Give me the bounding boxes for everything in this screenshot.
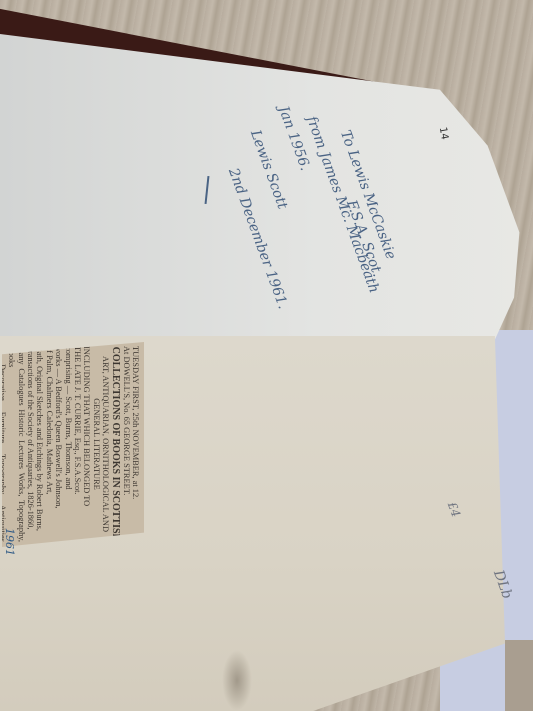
clipping-body-line: comprising — Scott, Burns, Thomson, and bbox=[63, 346, 72, 542]
clipping-body-line: works — A Bedford's Queen Boswell's John… bbox=[54, 346, 63, 542]
clipping-body-line: INCLUDING THAT WHICH BELONGED TO bbox=[82, 346, 91, 542]
clipping-subheader: At DOWELL'S, No. 65 GEORGE STREET. bbox=[121, 346, 130, 542]
clipping-body-line: of Palm, Chalmers Caledonia, Mathews Art… bbox=[44, 346, 53, 542]
page-number: 14 bbox=[437, 126, 450, 140]
clipping-body-line: many Catalogues Historic Lectures Works,… bbox=[7, 346, 26, 542]
clipping-title-2: ART, ANTIQUARIAN, ORNITHOLOGICAL AND GEN… bbox=[91, 346, 110, 542]
clipping-handwritten-year: 1961 bbox=[3, 528, 16, 556]
clipping-title: COLLECTIONS OF BOOKS IN SCOTTISH bbox=[110, 346, 121, 542]
page-stain bbox=[222, 650, 252, 711]
clipping-header: TUESDAY FIRST, 25th NOVEMBER, at 12. bbox=[131, 346, 140, 542]
clipping-body-line: Transactions of the Society of Antiquari… bbox=[26, 346, 35, 542]
clipping-body-line: of Decorative Furniture Topography Antiq… bbox=[2, 346, 7, 542]
clipping-body-line: THE LATE J. T. CURRIE, Esq., F.S.A.Scot. bbox=[73, 346, 82, 542]
wooden-surface-corner bbox=[505, 640, 533, 711]
clipping-text: TUESDAY FIRST, 25th NOVEMBER, at 12. At … bbox=[2, 346, 140, 542]
newspaper-clipping: TUESDAY FIRST, 25th NOVEMBER, at 12. At … bbox=[2, 342, 144, 547]
clipping-body-line: Bath, Original Sketches and Etchings by … bbox=[35, 346, 44, 542]
